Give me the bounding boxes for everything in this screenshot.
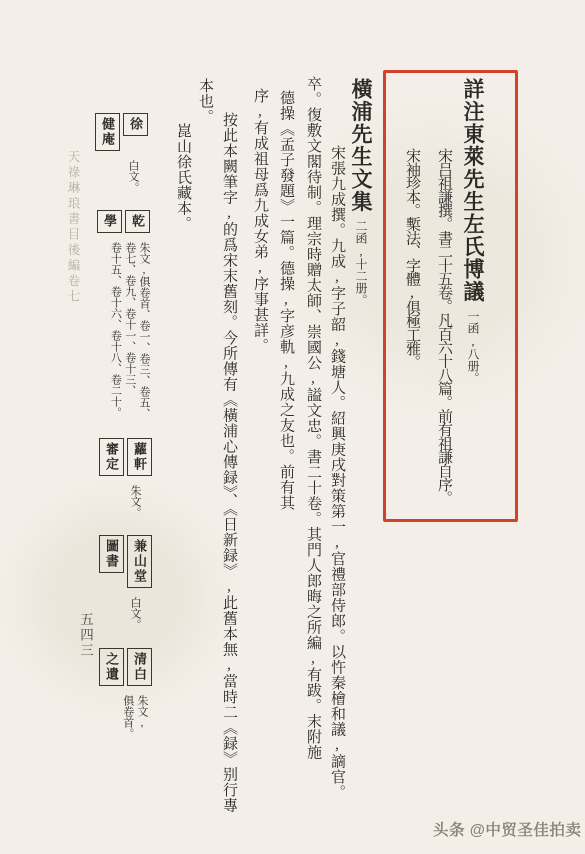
entry2-title-column: 橫浦先生文集二函,十二册。 [348,78,372,306]
entry2-body-column-4: 序,有成祖母爲九成女弟,序事甚詳。 [251,88,268,354]
seal-stamp-box: 健庵 [95,113,120,151]
seal-stamp-box: 徐 [123,113,148,136]
seal-note: 朱文, [136,695,148,739]
entry2-body-column-1: 宋張九成撰。九成,字子韶,錢塘人。紹興庚戌對策第一,官禮部侍郎。以忤秦檜和議,謫… [328,145,345,800]
seal-stamp-box: 兼山堂 [127,535,152,588]
seal-jianshantang-tushu: 兼山堂 圖書 白文。 [99,535,152,630]
seal-stamp-box: 審定 [99,438,124,476]
seal-stamp-box: 學 [97,210,122,233]
seal-stamp-box: 之遺 [99,648,124,686]
entry2-body-column-6: 本也。 [196,78,213,125]
watermark: 头条 @中贸圣佳拍卖 [433,818,581,840]
seal-note: 俱卷首。 [121,695,133,739]
seal-note: 白文。 [127,160,139,193]
entry2-body-column-2: 卒。復敷文閣待制。理宗時贈太師、崇國公,謚文忠。書二十卷。其門人郎晦之所編,有跋… [304,76,321,760]
seal-note: 白文。 [129,597,141,630]
seal-qingbai-zhiyi: 清白 之遺 朱文, 俱卷首。 [99,648,152,739]
scanned-book-page: 詳注東萊先生左氏博議一函,八册。 宋吕祖謙撰。書二十五卷。凡百六十八篇。前有祖謙… [0,0,585,854]
seal-note: 朱文,俱卷首、卷一、卷三、卷五、 [138,242,150,419]
running-title: 天祿琳琅書目後編卷七 [66,150,80,305]
seal-xu-jianan: 徐 健庵 白文。 [95,113,148,193]
entry2-title: 橫浦先生文集 [349,78,373,213]
entry2-provenance-column: 崑山徐氏藏本。 [174,123,191,232]
entry2-body-column-3: 德操《孟子發題》一篇。德操,字彦軌,九成之友也。前有其 [277,90,294,511]
entry1-title-note: 一函,八册。 [466,310,479,384]
entry1-body-column-1: 宋吕祖謙撰。書二十五卷。凡百六十八篇。前有祖謙自序。 [435,148,452,504]
entry2-body-column-5: 按此本闕筆字,的爲宋末舊刻。今所傳有《橫浦心傳録》、《日新録》,此舊本無,當時二… [220,112,237,813]
seal-stamp-box: 清白 [127,648,152,686]
entry1-title: 詳注東萊先生左氏博議 [461,78,485,303]
seal-qianxue: 乾 學 朱文,俱卷首、卷一、卷三、卷五、 卷七、卷九、卷十一、卷十三、 卷十五、… [97,210,150,419]
seal-stamp-box: 圖書 [99,535,124,573]
seal-note: 卷七、卷九、卷十一、卷十三、 [123,242,135,419]
page-number: 五四三 [78,612,93,659]
entry2-title-note: 二函,十二册。 [354,220,367,306]
entry1-body-column-2: 宋袖珍本。槧法、字體,俱極工雅。 [403,148,420,368]
entry1-title-column: 詳注東萊先生左氏博議一函,八册。 [460,78,484,384]
seal-stamp-box: 乾 [125,210,150,233]
seal-luoxuan-shending: 蘿軒 審定 朱文。 [99,438,152,518]
seal-note: 卷十五、卷十六、卷十八、卷二十。 [109,242,121,419]
seal-note: 朱文。 [129,485,141,518]
seal-stamp-box: 蘿軒 [127,438,152,476]
